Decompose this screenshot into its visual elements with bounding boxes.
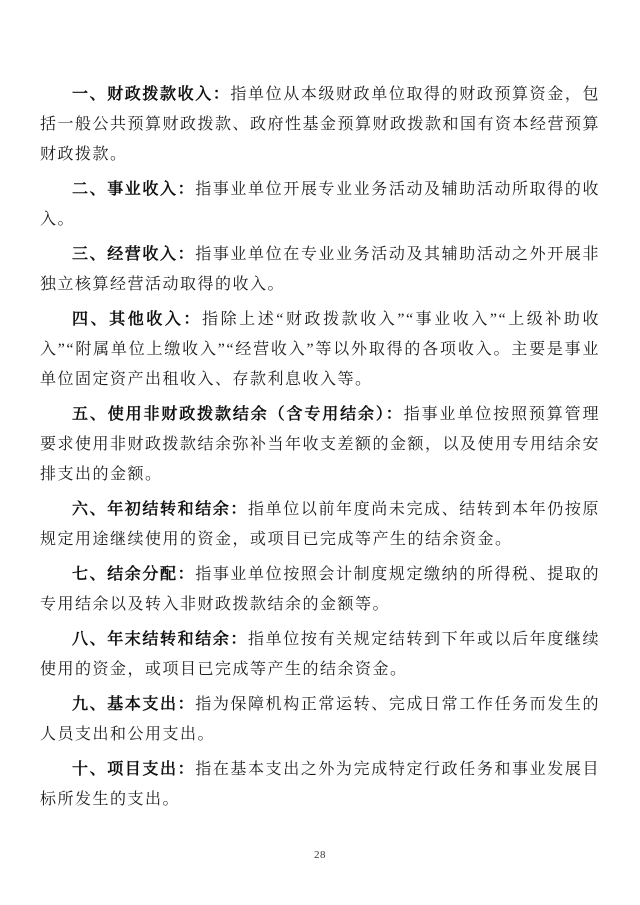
definition-paragraph: 一、财政拨款收入：指单位从本级财政单位取得的财政预算资金，包括一般公共预算财政拨… [40, 80, 600, 170]
document-page: 一、财政拨款收入：指单位从本级财政单位取得的财政预算资金，包括一般公共预算财政拨… [0, 0, 640, 905]
term-heading: 六、年初结转和结余： [72, 501, 248, 518]
term-heading: 五、使用非财政拨款结余（含专用结余）： [72, 406, 404, 423]
term-heading: 四、其他收入： [72, 311, 202, 328]
definition-paragraph: 六、年初结转和结余：指单位以前年度尚未完成、结转到本年仍按原规定用途继续使用的资… [40, 495, 600, 555]
term-heading: 七、结余分配： [72, 566, 195, 583]
term-heading: 十、项目支出： [72, 761, 195, 778]
definition-paragraph: 二、事业收入：指事业单位开展专业业务活动及辅助活动所取得的收入。 [40, 175, 600, 235]
term-heading: 三、经营收入： [72, 246, 195, 263]
definition-paragraph: 八、年末结转和结余：指单位按有关规定结转到下年或以后年度继续使用的资金，或项目已… [40, 625, 600, 685]
definition-paragraph: 七、结余分配：指事业单位按照会计制度规定缴纳的所得税、提取的专用结余以及转入非财… [40, 560, 600, 620]
page-number: 28 [0, 849, 640, 861]
term-heading: 二、事业收入： [72, 181, 195, 198]
document-body: 一、财政拨款收入：指单位从本级财政单位取得的财政预算资金，包括一般公共预算财政拨… [0, 0, 640, 815]
term-heading: 八、年末结转和结余： [72, 631, 248, 648]
term-heading: 九、基本支出： [72, 696, 195, 713]
definition-paragraph: 十、项目支出：指在基本支出之外为完成特定行政任务和事业发展目标所发生的支出。 [40, 755, 600, 815]
term-heading: 一、财政拨款收入： [72, 86, 230, 103]
definition-paragraph: 五、使用非财政拨款结余（含专用结余）：指事业单位按照预算管理要求使用非财政拨款结… [40, 400, 600, 490]
definition-paragraph: 四、其他收入：指除上述“财政拨款收入”“事业收入”“上级补助收入”“附属单位上缴… [40, 305, 600, 395]
definition-paragraph: 九、基本支出：指为保障机构正常运转、完成日常工作任务而发生的人员支出和公用支出。 [40, 690, 600, 750]
definition-paragraph: 三、经营收入：指事业单位在专业业务活动及其辅助活动之外开展非独立核算经营活动取得… [40, 240, 600, 300]
